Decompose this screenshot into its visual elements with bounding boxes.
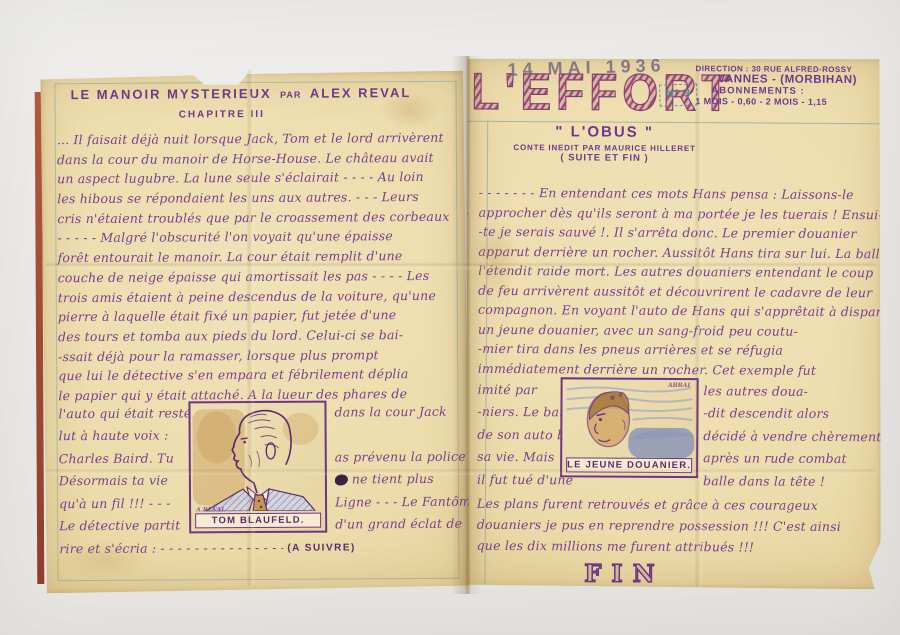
handwritten-line: as prévenu la police <box>335 447 467 470</box>
artist-signature: ABRAL <box>668 382 692 389</box>
ink-blot <box>335 475 348 486</box>
left-page-wrap-right-column: dans la cour Jack as prévenu la police n… <box>334 402 467 537</box>
handwritten-line: Le détective partit <box>59 516 191 539</box>
right-page-wrap-right-column: les autres doua- -dit descendit alors dé… <box>703 381 880 494</box>
handwritten-line: cris n'étaient troublés que par le croas… <box>57 207 457 229</box>
handwritten-line: Ligne - - - Le Fantôme ! <box>335 491 467 514</box>
handwritten-line: l'étendit raide mort. Les autres douanie… <box>478 261 878 283</box>
figure-caption-tom: TOM BLAUFELD. <box>195 513 321 529</box>
portrait-jeune-douanier: ABRAL LE JEUNE DOUANIER. <box>560 377 699 478</box>
left-page-body: ... Il faisait déjà nuit lorsque Jack, T… <box>57 128 459 406</box>
story-ending-lines: Les plans furent retrouvés et grâce à ce… <box>477 494 877 559</box>
right-page: L'EFFORT 14 MAI 1936 DIRECTION : 30 RUE … <box>464 57 883 590</box>
left-page-wrap-left-column: l'auto qui était restée lut à haute voix… <box>58 403 191 538</box>
story-title: " L'OBUS " <box>497 123 712 141</box>
handwritten-line: l'auto qui était restée <box>58 403 190 426</box>
handwritten-line: -te je serais sauvé !. Il s'arrêta donc.… <box>478 222 878 244</box>
handwritten-line: lut à haute voix : <box>59 426 191 449</box>
handwritten-line: - - - - - Malgré l'obscurité l'on voyait… <box>57 226 457 248</box>
story-title-left: LE MANOIR MYSTERIEUX PAR ALEX REVAL <box>70 84 411 104</box>
left-page: LE MANOIR MYSTERIEUX PAR ALEX REVAL CHAP… <box>40 71 469 594</box>
handwritten-line: les autres doua- <box>704 381 880 405</box>
handwritten-line: d'un grand éclat de <box>335 514 467 537</box>
fin-label: FIN <box>524 558 724 588</box>
handwritten-line: de feu arrivèrent aussitôt et découvrire… <box>478 280 878 302</box>
handwritten-line: que lui le détective s'en empara et fébr… <box>58 364 458 386</box>
handwritten-line: -dit descendit alors <box>703 404 879 428</box>
jeune-douanier-drawing <box>562 379 696 458</box>
handwritten-line: approcher dès qu'ils seront à ma portée … <box>479 202 879 224</box>
handwritten-line: douaniers je pus en reprendre possession… <box>477 515 877 538</box>
subscriptions-rates: 1 MOIS - 0,60 - 2 MOIS - 1,15 <box>695 96 881 107</box>
right-page-wrap-left-column: imité par -niers. Le ban- de son auto bi… <box>477 380 562 493</box>
handwritten-line: sa vie. Mais <box>477 447 561 470</box>
handwritten-line: des tours et tomba aux pieds du lord. Ce… <box>58 325 458 347</box>
title-text: LE MANOIR MYSTERIEUX <box>71 86 272 102</box>
handwritten-line: - - - - - - - En entendant ces mots Hans… <box>479 183 879 205</box>
handwritten-line: un aspect lugubre. La lune seule s'éclai… <box>57 167 457 189</box>
handwritten-line <box>335 424 467 447</box>
tom-blaufeld-drawing <box>190 403 325 512</box>
handwritten-line: dans la cour Jack <box>334 402 466 425</box>
handwritten-line: trois amis étaient à peine descendus de … <box>58 285 458 307</box>
city-line: VANNES - (MORBIHAN) <box>695 73 881 86</box>
handwritten-line: décidé à vendre chèrement <box>703 426 879 450</box>
handwritten-line: ne tient plus <box>335 469 467 492</box>
handwritten-line: apparut derrière un rocher. Aussitôt Han… <box>478 241 878 263</box>
handwritten-line: -ssait déjà pour la ramasser, lorsque pl… <box>58 344 458 366</box>
chapter-heading: CHAPITRE III <box>179 109 265 121</box>
to-be-continued-label: (A SUIVRE) <box>283 542 360 553</box>
title-connector: PAR <box>280 90 301 100</box>
handwritten-line: qu'à un fil !!! - - - <box>59 493 191 516</box>
handwritten-line: un jeune douanier, avec un sang-froid pe… <box>478 319 878 341</box>
issue-number-badge: N° 3 <box>659 83 698 106</box>
handwritten-line: pierre à laquelle était fixé un papier, … <box>58 305 458 327</box>
handwritten-line: dans la cour du manoir de Horse-House. L… <box>57 147 457 169</box>
portrait-tom-blaufeld: A.REVAL TOM BLAUFELD. <box>188 401 327 534</box>
story-header: " L'OBUS " CONTE INEDIT PAR MAURICE HILL… <box>497 123 712 164</box>
handwritten-line: compagnon. En voyant l'auto de Hans qui … <box>478 300 878 322</box>
handwritten-line: de son auto bien <box>477 425 561 448</box>
handwritten-line: -niers. Le ban- <box>477 402 561 425</box>
handwritten-line: balle dans la tête ! <box>703 471 879 495</box>
handwritten-line: immédiatement derrière un rocher. Cet ex… <box>478 358 878 380</box>
photo-of-handmade-newspaper: LE MANOIR MYSTERIEUX PAR ALEX REVAL CHAP… <box>0 0 900 635</box>
author-name: ALEX REVAL <box>310 85 411 101</box>
handwritten-line: les hibous se répondaient les uns aux au… <box>57 187 457 209</box>
handwritten-line: Charles Baird. Tu <box>59 448 191 471</box>
handwritten-line: couche de neige épaisse qui amortissait … <box>58 266 458 288</box>
handwritten-line: après un rude combat <box>703 448 879 472</box>
handwritten-line: ... Il faisait déjà nuit lorsque Jack, T… <box>57 128 457 150</box>
handwritten-line: imité par <box>478 380 562 403</box>
closing-line: rire et s'écria : - - - - - - - - - - - … <box>59 537 459 559</box>
handwritten-line: forêt entourait le manoir. La cour était… <box>57 246 457 268</box>
right-page-body: - - - - - - - En entendant ces mots Hans… <box>478 183 879 380</box>
publication-info-block: DIRECTION : 30 RUE ALFRED-ROSSY VANNES -… <box>695 64 881 107</box>
handwritten-line: Les plans furent retrouvés et grâce à ce… <box>477 494 877 517</box>
handwritten-line: -mier tira dans les pneus arrières et se… <box>478 339 878 361</box>
handwritten-line: Désormais ta vie <box>59 471 191 494</box>
handwritten-line: que les dix millions me furent attribués… <box>477 536 877 559</box>
figure-caption-douanier: LE JEUNE DOUANIER. <box>566 457 692 473</box>
story-subtitle-2: ( SUITE ET FIN ) <box>497 152 712 164</box>
handwritten-text: ne tient plus <box>352 471 434 487</box>
handwritten-line: il fut tué d'une <box>477 470 561 493</box>
